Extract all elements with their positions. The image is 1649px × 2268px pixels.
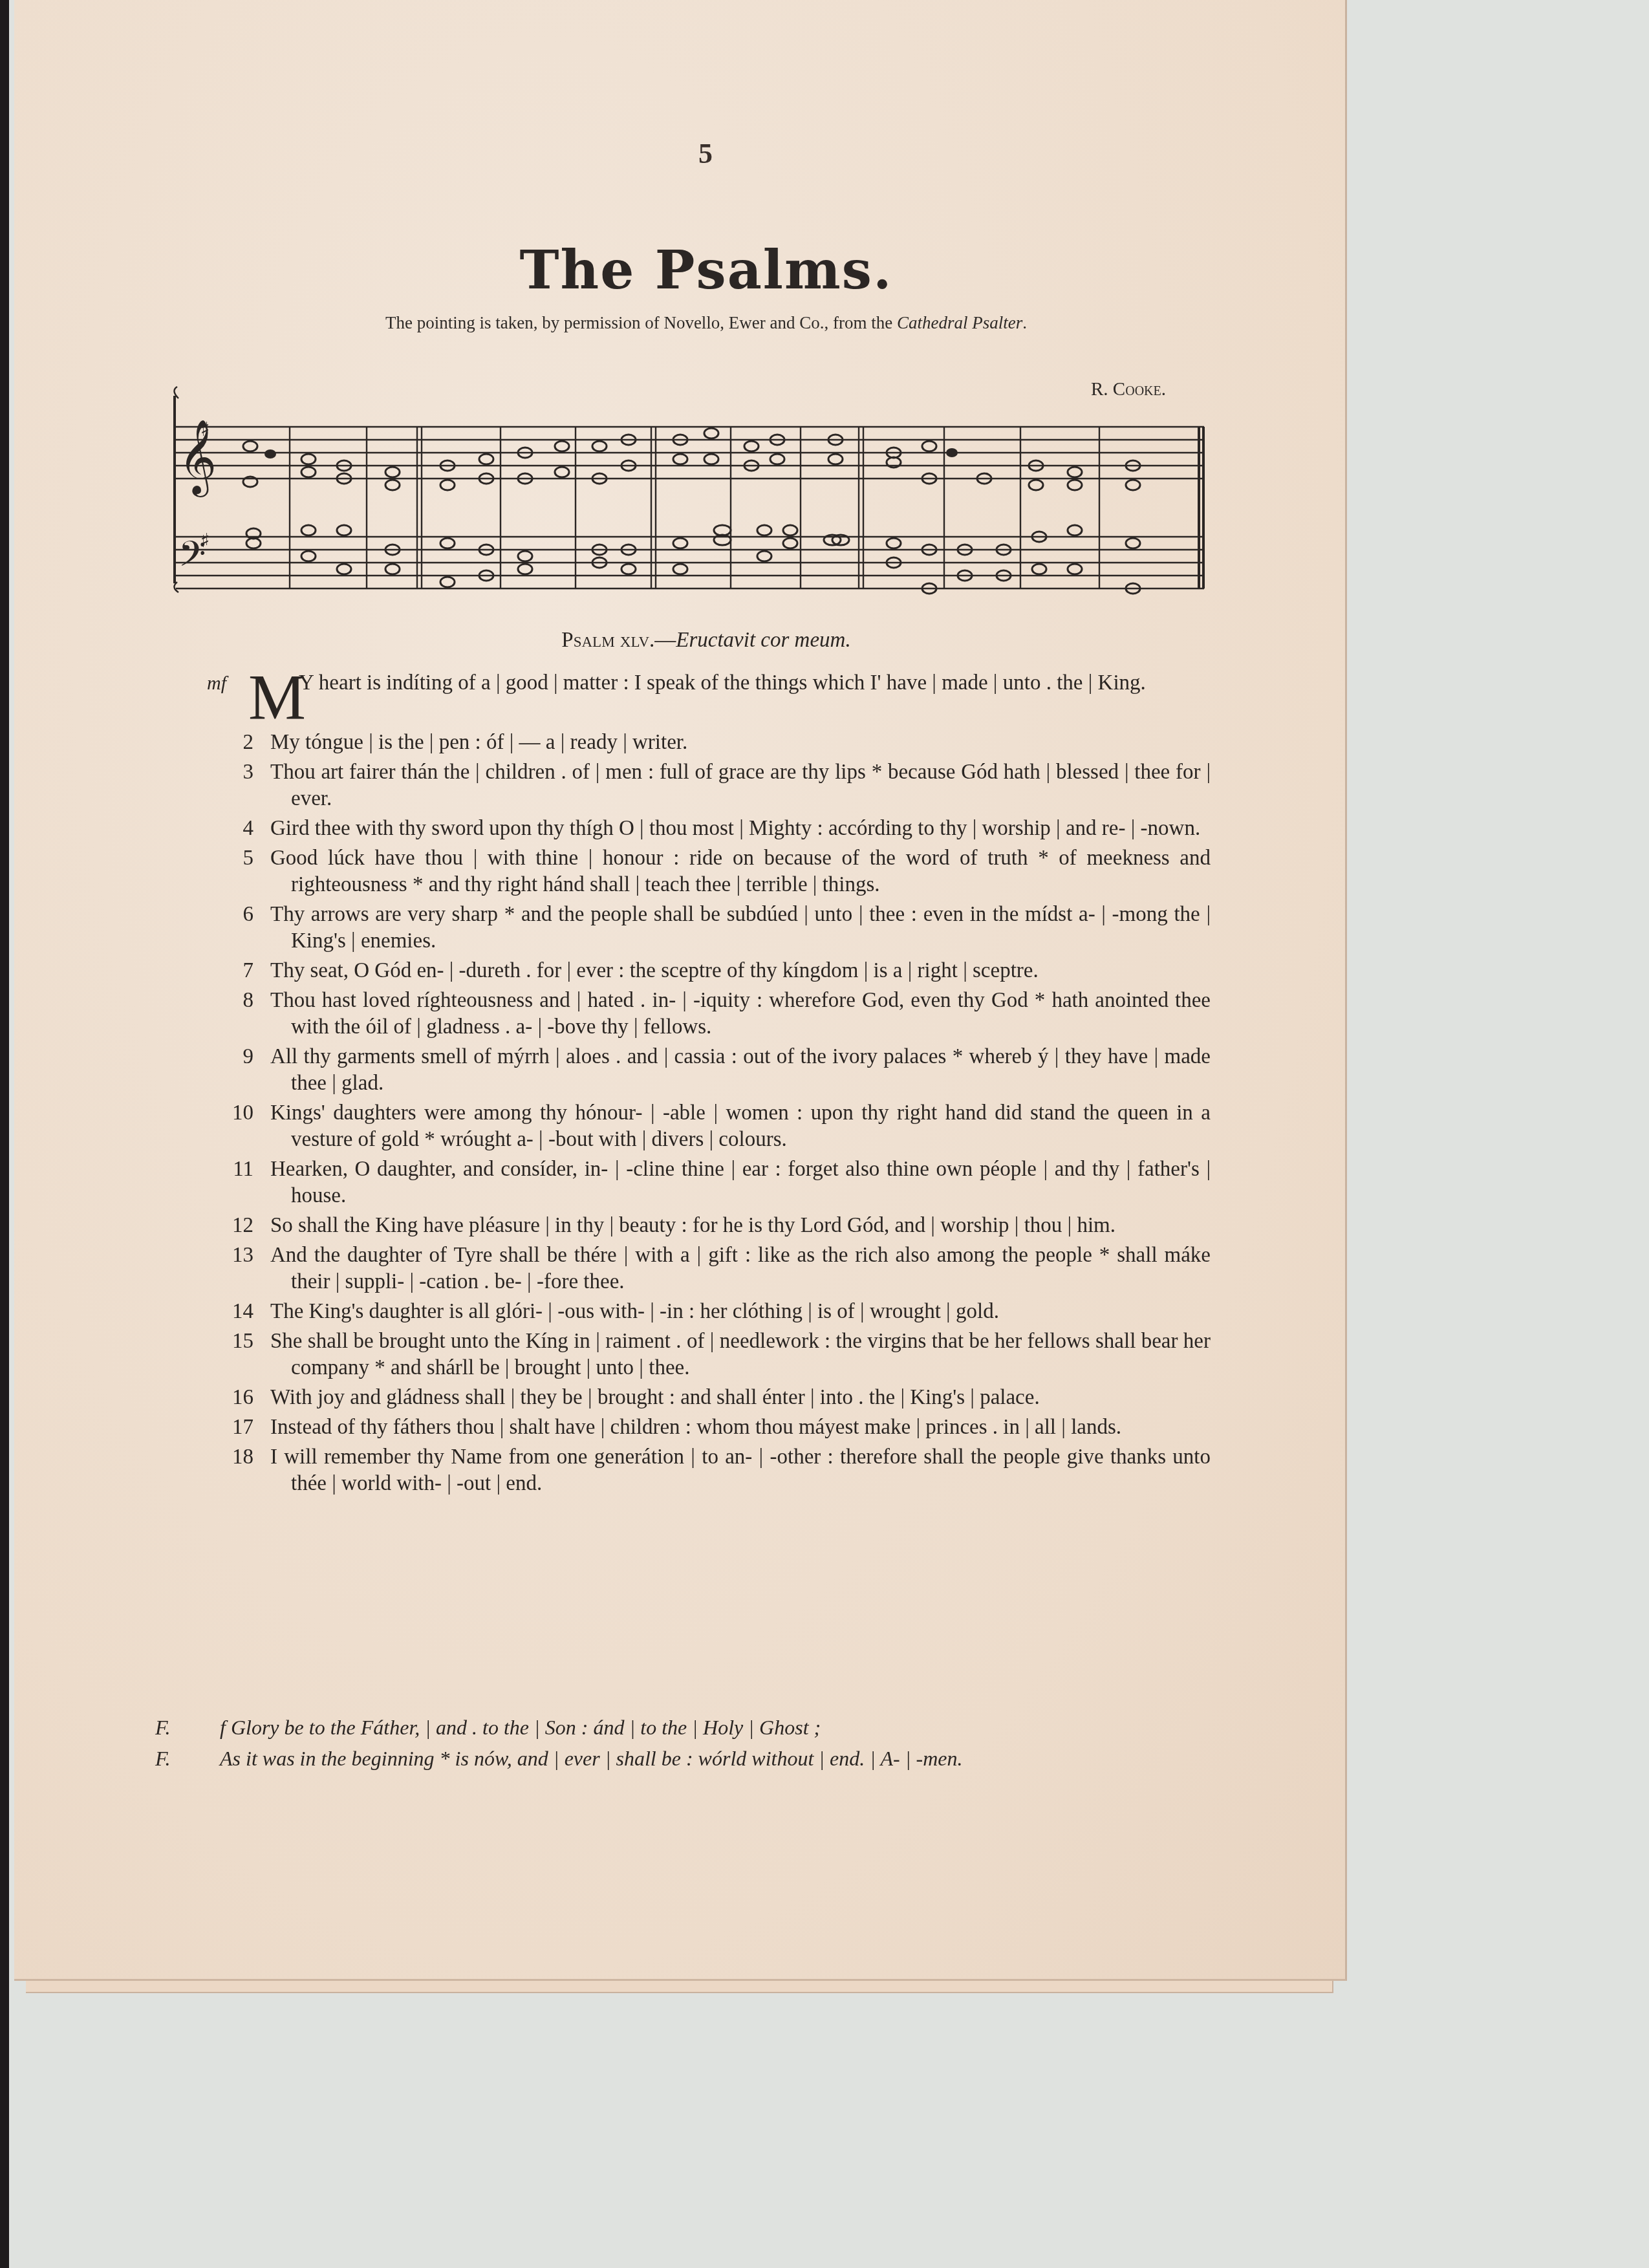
verse-14: 14The King's daughter is all glóri- | -o… xyxy=(202,1299,1211,1325)
verse-text: She shall be brought unto the Kíng in | … xyxy=(270,1328,1211,1381)
verse-number: 14 xyxy=(202,1299,253,1325)
verse-text: With joy and gládness shall | they be | … xyxy=(270,1385,1211,1411)
verse-text: Thy arrows are very sharp * and the peop… xyxy=(270,902,1211,955)
verse-number: 18 xyxy=(202,1444,253,1471)
verse-2: 2My tóngue | is the | pen : óf | — a | r… xyxy=(202,729,1211,756)
full-choir-label: F. xyxy=(155,1745,170,1772)
sharp-icon: ♯ xyxy=(200,530,210,552)
full-choir-label: F. xyxy=(155,1714,170,1741)
verse-text: Good lúck have thou | with thine | honou… xyxy=(270,845,1211,898)
gloria-text: As it was in the beginning * is nów, and… xyxy=(220,1747,963,1770)
verse-number: 8 xyxy=(202,988,253,1014)
gloria-line-1: F. fGlory be to the Fáther, | and . to t… xyxy=(155,1714,1216,1741)
verse-3: 3Thou art fairer thán the | children . o… xyxy=(202,759,1211,812)
verse-text: So shall the King have pléasure | in thy… xyxy=(270,1213,1211,1239)
verse-number: 15 xyxy=(202,1328,253,1355)
verse-4: 4Gird thee with thy sword upon thy thígh… xyxy=(202,815,1211,842)
verse-8: 8Thou hast loved ríghteousness and | hat… xyxy=(202,988,1211,1041)
verse-13: 13And the daughter of Tyre shall be thér… xyxy=(202,1242,1211,1295)
heading-dash: — xyxy=(654,629,676,652)
verse-text: My tóngue | is the | pen : óf | — a | re… xyxy=(270,729,1211,756)
sharp-icon: ♯ xyxy=(200,418,210,441)
verse-number: 10 xyxy=(202,1100,253,1127)
verse-number: 9 xyxy=(202,1044,253,1070)
verse-17: 17Instead of thy fáthers thou | shalt ha… xyxy=(202,1414,1211,1441)
scanner-binding-edge xyxy=(0,0,9,2268)
gloria-patri: F. fGlory be to the Fáther, | and . to t… xyxy=(155,1714,1216,1772)
pointing-note-end: . xyxy=(1022,313,1027,332)
treble-notes xyxy=(243,428,1140,490)
verse-number: 6 xyxy=(202,902,253,928)
verse-text: Kings' daughters were among thy hónour- … xyxy=(270,1100,1211,1153)
verse-text: Hearken, O daughter, and consíder, in- |… xyxy=(270,1156,1211,1209)
page-number: 5 xyxy=(698,137,713,170)
verse-number: 3 xyxy=(202,759,253,786)
verse-text: Thou art fairer thán the | children . of… xyxy=(270,759,1211,812)
verse-number: 11 xyxy=(202,1156,253,1183)
verse-1: mf M Y heart is indíting of a | good | m… xyxy=(202,670,1211,726)
page: 5 The Psalms. The pointing is taken, by … xyxy=(14,0,1347,1981)
verse-text: And the daughter of Tyre shall be thére … xyxy=(270,1242,1211,1295)
verse-9: 9All thy garments smell of mýrrh | aloes… xyxy=(202,1044,1211,1097)
verse-18: 18I will remember thy Name from one gene… xyxy=(202,1444,1211,1497)
dynamic-marking: mf xyxy=(207,670,226,697)
gloria-line-2: F. As it was in the beginning * is nów, … xyxy=(155,1745,1216,1772)
verse-text: Gird thee with thy sword upon thy thígh … xyxy=(270,815,1211,842)
verse-number: 16 xyxy=(202,1385,253,1411)
drop-cap: M xyxy=(248,666,306,728)
gloria-text: Glory be to the Fáther, | and . to the |… xyxy=(231,1716,821,1739)
dynamic-marking: f xyxy=(220,1716,226,1739)
verse-text: Y heart is indíting of a | good | matter… xyxy=(299,670,1211,697)
psalm-heading: Psalm xlv.—Eructavit cor meum. xyxy=(14,629,1398,653)
verse-6: 6Thy arrows are very sharp * and the peo… xyxy=(202,902,1211,955)
verse-text: Thy seat, O Gód en- | -dureth . for | ev… xyxy=(270,958,1211,984)
verse-text: Thou hast loved ríghteousness and | hate… xyxy=(270,988,1211,1041)
verse-number: 17 xyxy=(202,1414,253,1441)
bass-staff xyxy=(176,537,1204,589)
treble-clef-icon: 𝄞 xyxy=(178,418,217,497)
verse-text: The King's daughter is all glóri- | -ous… xyxy=(270,1299,1211,1325)
verse-number: 4 xyxy=(202,815,253,842)
treble-staff xyxy=(176,427,1204,479)
verse-10: 10Kings' daughters were among thy hónour… xyxy=(202,1100,1211,1153)
psalm-latin-incipit: Eructavit cor meum. xyxy=(676,629,850,652)
psalm-number: Psalm xlv. xyxy=(561,629,654,652)
verse-number: 7 xyxy=(202,958,253,984)
pointing-note-text: The pointing is taken, by permission of … xyxy=(385,313,897,332)
verse-16: 16With joy and gládness shall | they be … xyxy=(202,1385,1211,1411)
bass-notes xyxy=(246,525,1140,594)
verse-12: 12So shall the King have pléasure | in t… xyxy=(202,1213,1211,1239)
verse-7: 7Thy seat, O Gód en- | -dureth . for | e… xyxy=(202,958,1211,984)
verse-text: Instead of thy fáthers thou | shalt have… xyxy=(270,1414,1211,1441)
psalter-title: Cathedral Psalter xyxy=(897,313,1022,332)
verse-15: 15She shall be brought unto the Kíng in … xyxy=(202,1328,1211,1381)
verse-text: I will remember thy Name from one generá… xyxy=(270,1444,1211,1497)
verse-number: 12 xyxy=(202,1213,253,1239)
psalm-verses: mf M Y heart is indíting of a | good | m… xyxy=(202,670,1211,1500)
verse-5: 5Good lúck have thou | with thine | hono… xyxy=(202,845,1211,898)
verse-11: 11Hearken, O daughter, and consíder, in-… xyxy=(202,1156,1211,1209)
verse-number: 2 xyxy=(202,729,253,756)
verse-number: 13 xyxy=(202,1242,253,1269)
verse-number: 5 xyxy=(202,845,253,872)
page-title: The Psalms. xyxy=(14,239,1398,301)
verse-text: All thy garments smell of mýrrh | aloes … xyxy=(270,1044,1211,1097)
chant-score: 𝄞 ♯ 𝄢 ♯ xyxy=(169,382,1217,595)
pointing-note: The pointing is taken, by permission of … xyxy=(14,313,1398,333)
